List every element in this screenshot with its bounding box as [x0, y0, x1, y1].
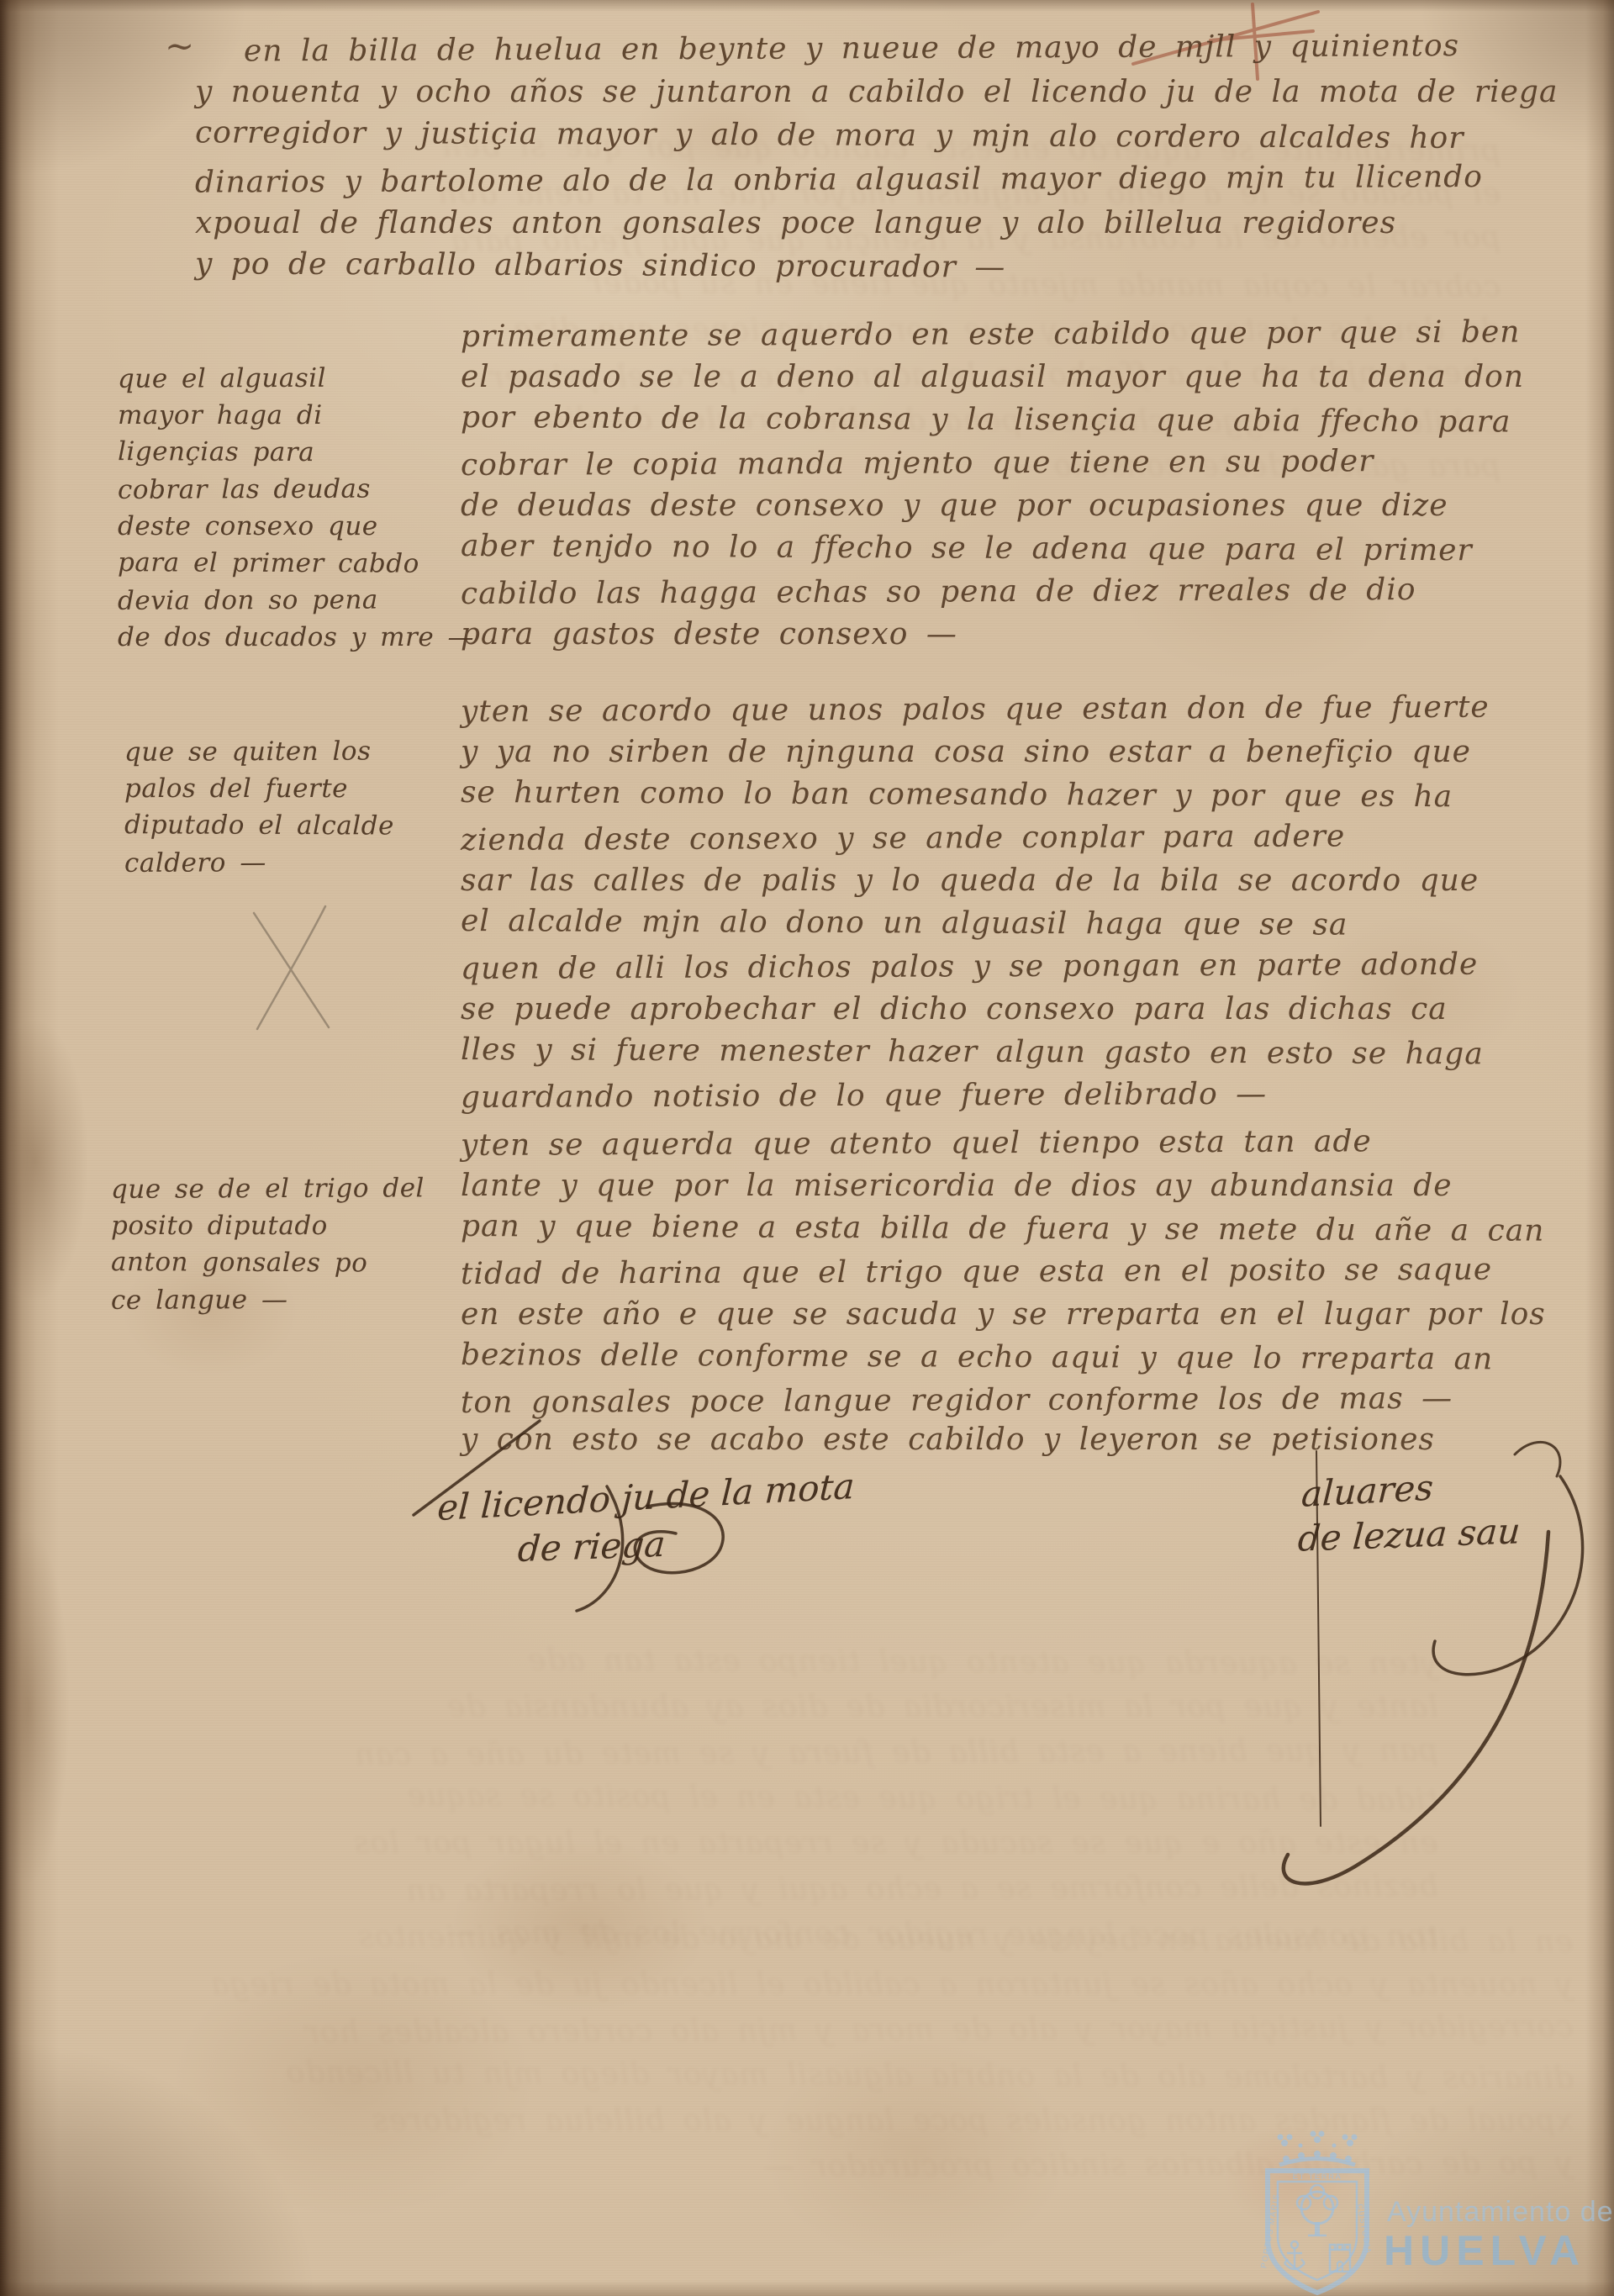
huelva-coat-of-arms: ET TERRA PORTUS MARIS CUSTODIA	[1254, 2130, 1380, 2296]
text-line: caldero —	[124, 843, 469, 882]
text-line: posito diputado	[111, 1207, 464, 1244]
signature-right-rubric	[1236, 1429, 1614, 1950]
text-line: tidad de harina que el trigo que esta en…	[461, 1248, 1604, 1296]
text-line: guardando notisio de lo que fuere delibr…	[461, 1071, 1604, 1119]
watermark-org-name: Ayuntamiento de	[1387, 2196, 1614, 2229]
margin-note-1: que el alguasilmayor haga diligençias pa…	[118, 360, 462, 656]
text-line: en la billa de huelua en beynte y nueue …	[195, 24, 1607, 73]
text-line: que el alguasil	[118, 359, 462, 398]
watermark-city-name: HUELVA	[1384, 2226, 1585, 2275]
text-line: xpoual de flandes anton gonsales poce la…	[195, 202, 1607, 245]
text-line: dinarios y bartolome alo de la onbria al…	[195, 155, 1607, 204]
text-line: y nouenta y ocho años se juntaron a cabi…	[195, 71, 1607, 114]
text-line: deste consexo que	[118, 508, 462, 545]
text-line: devia don so pena	[118, 581, 462, 620]
text-line: y po de carballo albarios sindico procur…	[195, 242, 1607, 292]
margin-note-2: que se quiten lospalos del fuertediputad…	[124, 733, 469, 881]
text-line: yten se aquerda que atento quel tienpo e…	[461, 1119, 1604, 1167]
text-line: el alcalde mjn alo dono un alguasil haga…	[461, 900, 1604, 947]
text-line: para el primer cabdo	[118, 544, 462, 583]
text-line: lante y que por la misericordia de dios …	[461, 1164, 1604, 1207]
text-line: lles y si fuere menester hazer algun gas…	[461, 1028, 1604, 1076]
text-line: y nouenta y ocho años se juntaron a cabi…	[210, 1962, 1573, 2008]
text-line: aber tenjdo no lo a ffecho se le adena q…	[461, 525, 1604, 573]
text-line: corregidor y justiçia mayor y alo de mor…	[210, 2004, 1574, 2056]
text-line: palos del fuerte	[124, 770, 469, 807]
text-line: primeramente se aquerdo en este cabildo …	[461, 310, 1604, 358]
text-line: de dos ducados y mre —	[118, 619, 462, 656]
text-line: corregidor y justiçia mayor y alo de mor…	[195, 111, 1607, 161]
paragraph-mark: ~	[165, 25, 194, 66]
text-line: se hurten como lo ban comesando hazer y …	[461, 771, 1604, 819]
text-line: se puede aprobechar el dicho consexo par…	[461, 988, 1604, 1031]
text-line: sar las calles de palis y lo queda de la…	[461, 859, 1604, 902]
text-line: ligençias para	[118, 433, 462, 472]
text-line: para gastos deste consexo —	[461, 613, 1604, 656]
text-line: de deudas deste consexo y que por ocupas…	[461, 484, 1604, 527]
text-line: dinarios y bartolome alo de la onbria al…	[210, 2050, 1574, 2101]
pencil-x-mark	[245, 901, 338, 1036]
text-line: el pasado se le a deno al alguasil mayor…	[461, 356, 1604, 399]
text-line: en este año e que se sacuda y se rrepart…	[461, 1293, 1604, 1336]
text-line: cabildo las hagga echas so pena de diez …	[461, 567, 1604, 615]
opening-lines: en la billa de huelua en beynte y nueue …	[195, 27, 1607, 289]
text-line: bezinos delle conforme se a echo aqui y …	[461, 1333, 1604, 1381]
text-line: que se de el trigo del	[111, 1169, 464, 1208]
text-line: por ebento de la cobransa y la lisençia …	[461, 396, 1604, 444]
text-line: anton gonsales po	[111, 1243, 464, 1282]
text-line: cobrar le copia manda mjento que tiene e…	[461, 439, 1604, 487]
text-line: zienda deste consexo y se ande conplar p…	[461, 814, 1604, 862]
text-line: pan y que biene a esta billa de fuera y …	[461, 1205, 1604, 1253]
text-line: quen de alli los dichos palos y se ponga…	[461, 942, 1604, 990]
shield-motto-top: ET TERRA	[1293, 2172, 1342, 2182]
manuscript-page: primeramente se aquerdo en este cabildo …	[0, 0, 1614, 2296]
paragraph-1: primeramente se aquerdo en este cabildo …	[461, 313, 1604, 656]
text-line: mayor haga di	[118, 397, 462, 434]
paragraph-3: yten se aquerda que atento quel tienpo e…	[461, 1122, 1604, 1422]
text-line: y ya no sirben de njnguna cosa sino esta…	[461, 731, 1604, 773]
paragraph-2: yten se acordo que unos palos que estan …	[461, 688, 1604, 1116]
text-line: ce langue —	[111, 1280, 464, 1319]
text-line: cobrar las deudas	[118, 470, 462, 509]
text-line: que se quiten los	[124, 732, 469, 771]
text-line: yten se acordo que unos palos que estan …	[461, 685, 1604, 733]
margin-note-3: que se de el trigo delposito diputadoant…	[111, 1170, 464, 1318]
signature-left-rubric	[395, 1396, 765, 1623]
text-line: diputado el alcalde	[124, 806, 469, 845]
